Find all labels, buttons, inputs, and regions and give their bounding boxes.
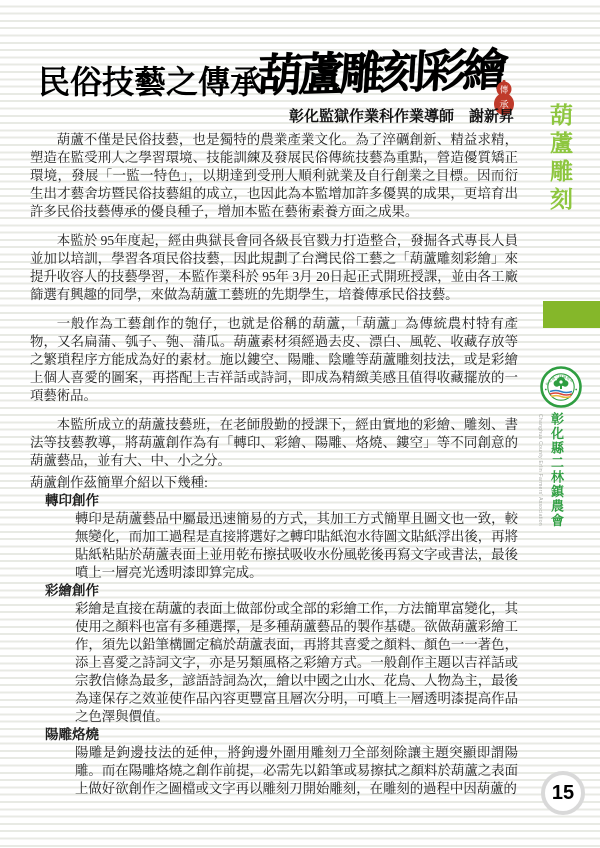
section-heading-painting: 彩繪創作 <box>45 582 518 600</box>
page-title: 民俗技藝之傳承 <box>38 57 262 103</box>
section-text-relief-pyrography: 陽雕是鉤邊技法的延伸，將鉤邊外圍用雕刻刀全部刻除讓主題突顯即謂陽雕。而在陽雕烙燒… <box>75 744 518 798</box>
association-name-english: Changhua County Erlin Farmers' Associati… <box>537 414 543 526</box>
svg-text:傳: 傳 <box>500 85 509 95</box>
article-body: 葫蘆不僅是民俗技藝，也是獨特的農業產業文化。為了淬礪創新、精益求精，塑造在監受刑… <box>30 131 518 798</box>
paragraph: 一般作為工藝創作的匏仔，也就是俗稱的葫蘆，「葫蘆」為傳統農村特有產物，又名扁蒲、… <box>30 315 518 405</box>
paragraph: 本監所成立的葫蘆技藝班，在老師殷勤的授課下，經由實地的彩繪、雕刻、書法等技藝教導… <box>30 416 518 470</box>
section-heading-transfer-print: 轉印創作 <box>45 492 518 510</box>
association-name-vertical: 彰化縣二林鎮農會 <box>547 412 566 528</box>
section-heading-relief-pyrography: 陽雕烙燒 <box>45 726 518 744</box>
calligraphy-title: 葫蘆雕刻彩繪 <box>256 33 506 104</box>
farmers-association-logo-icon: 彰化縣二林鎮農會 <box>540 366 582 408</box>
page-number: 15 <box>552 782 574 805</box>
section-text-transfer-print: 轉印是葫蘆藝品中屬最迅速簡易的方式，其加工方式簡單且圖文也一致，較無變化，而加工… <box>75 510 518 582</box>
green-accent-block <box>543 301 600 328</box>
page-number-badge: 15 <box>541 771 585 815</box>
sidebar-vertical-title: 葫蘆雕刻 <box>544 103 577 215</box>
author-byline: 彰化監獄作業科作業導師 謝新昇 <box>0 105 514 126</box>
magazine-page: 民俗技藝之傳承 葫蘆雕刻彩繪 傳 承 彰化監獄作業科作業導師 謝新昇 葫蘆不僅是… <box>0 0 600 848</box>
paragraph: 本監於 95年度起，經由典獄長會同各級長官戮力打造整合，發掘各式專長人員並加以培… <box>30 232 518 304</box>
section-text-painting: 彩繪是直接在葫蘆的表面上做部份或全部的彩繪工作，方法簡單富變化，其使用之顏料也富… <box>75 600 518 726</box>
list-intro-line: 葫蘆創作茲簡單介紹以下幾種: <box>30 474 518 492</box>
paragraph: 葫蘆不僅是民俗技藝，也是獨特的農業產業文化。為了淬礪創新、精益求精，塑造在監受刑… <box>30 131 518 221</box>
